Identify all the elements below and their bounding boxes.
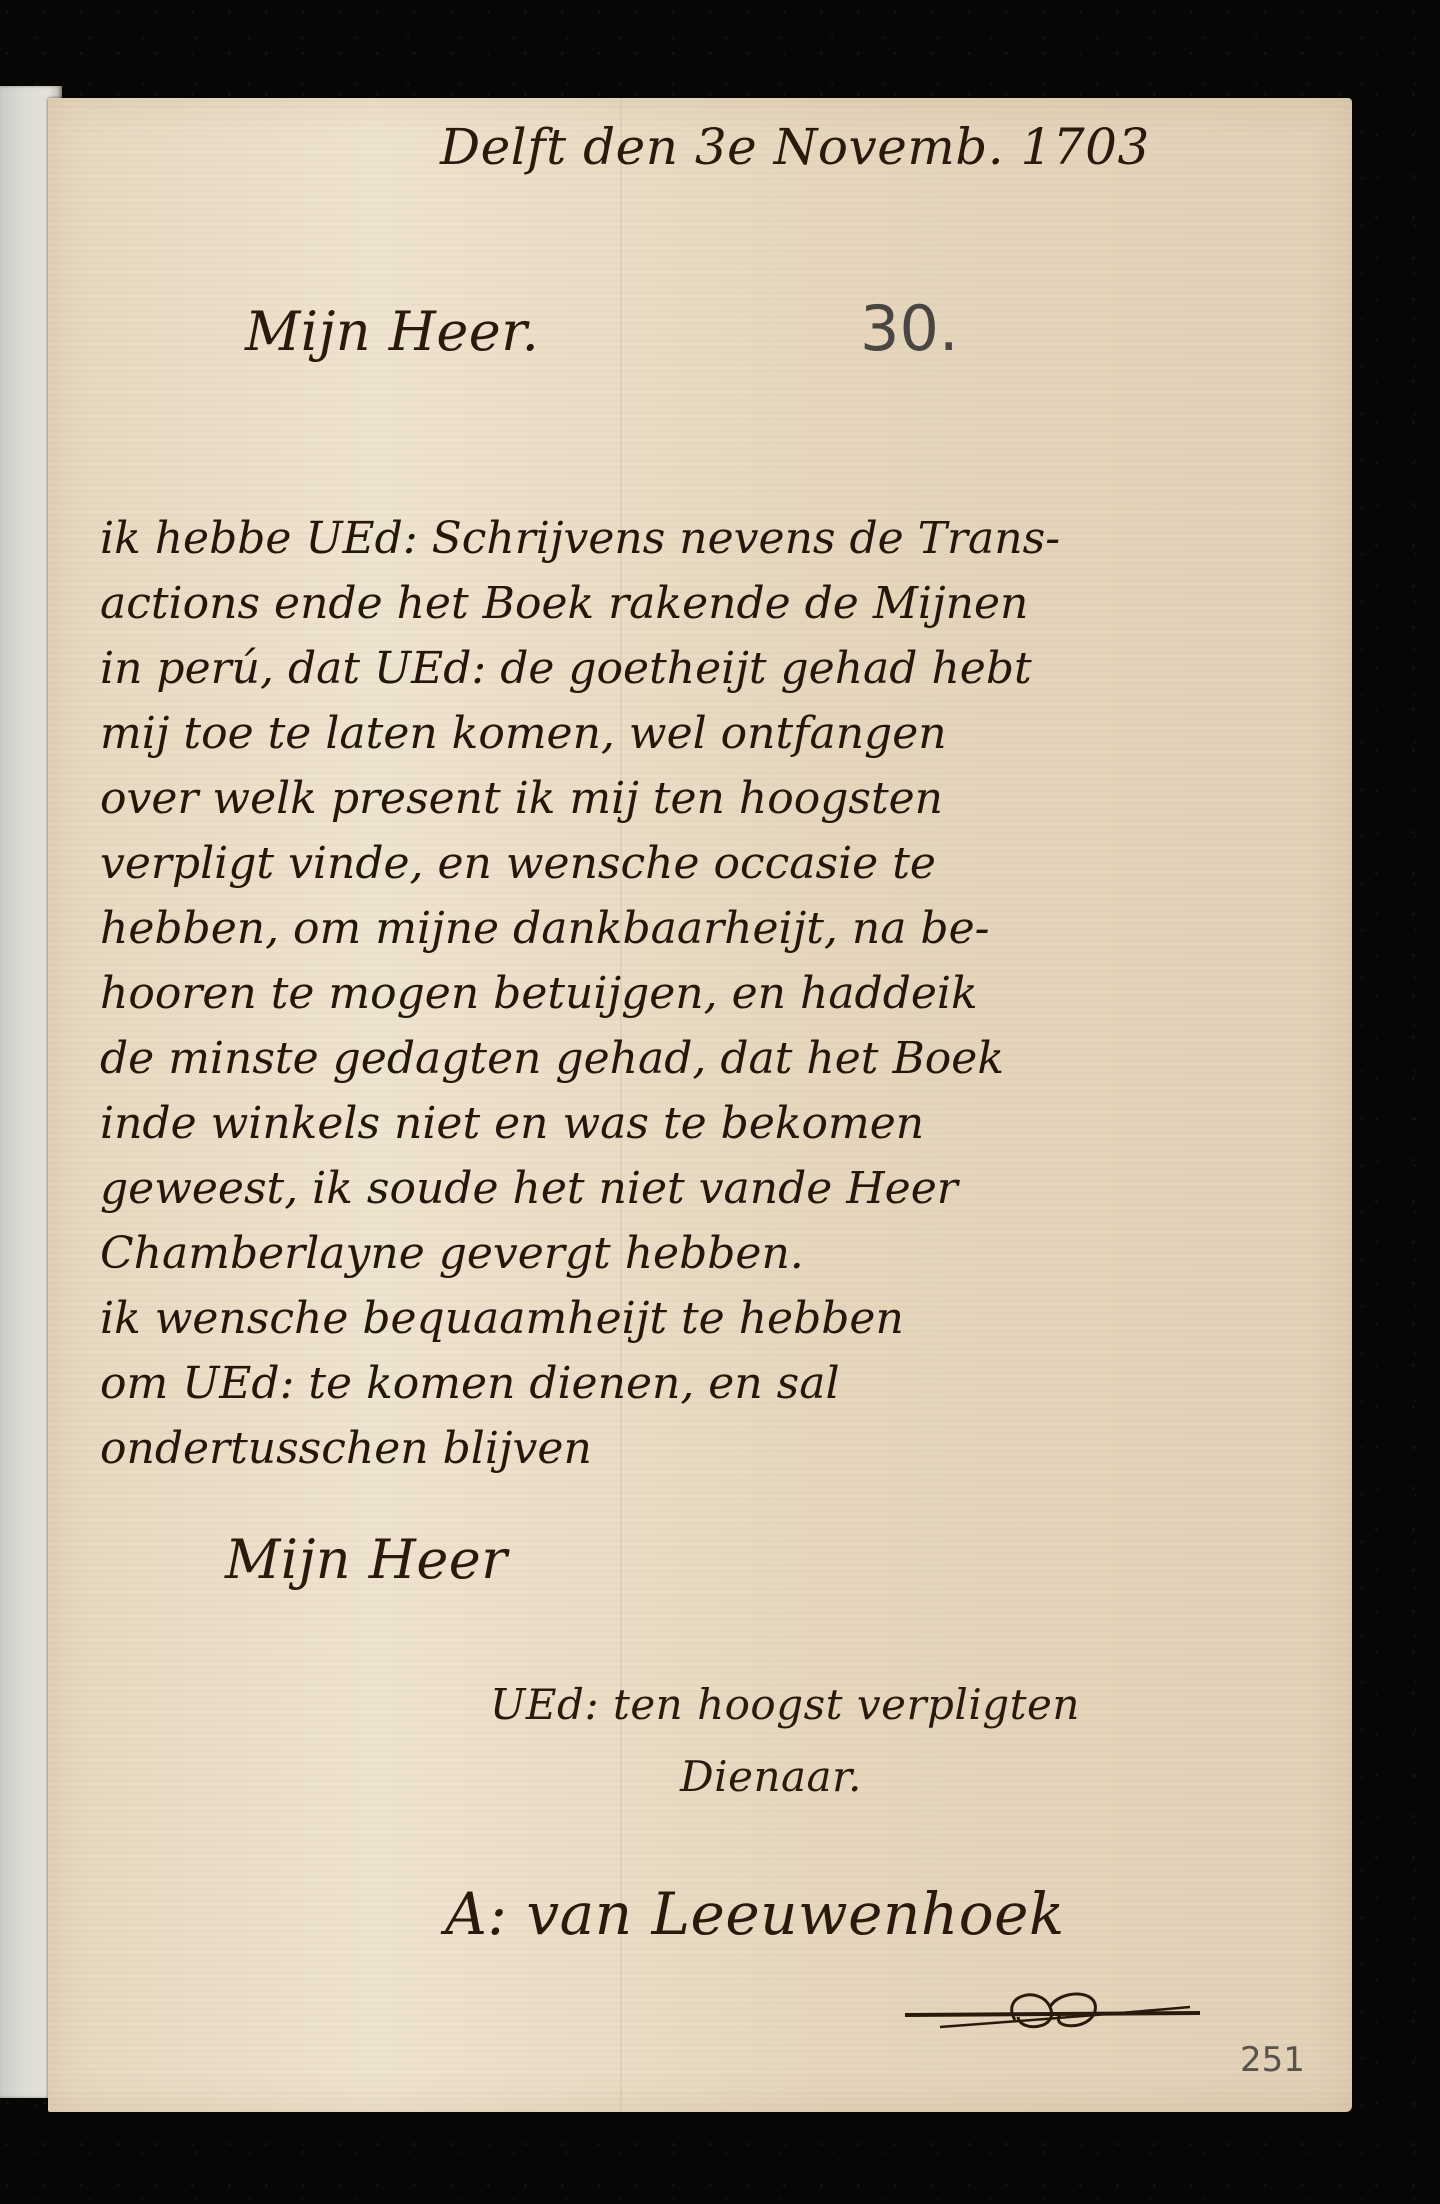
folio-number: 251 — [1240, 2040, 1305, 2080]
body-line: hebben, om mijne dankbaarheijt, na be- — [100, 896, 1340, 961]
archive-number: 30. — [860, 292, 959, 365]
body-line: verpligt vinde, en wensche occasie te — [100, 831, 1340, 896]
body-line: de minste gedagten gehad, dat het Boek — [100, 1026, 1340, 1091]
signature-flourish-icon — [900, 1985, 1210, 2035]
body-line: over welk present ik mij ten hoogsten — [100, 766, 1340, 831]
body-line: in perú, dat UEd: de goetheijt gehad heb… — [100, 636, 1340, 701]
body-line: ik wensche bequaamheijt te hebben — [100, 1286, 1340, 1351]
complimentary-close-line-1: UEd: ten hoogst verpligten — [490, 1680, 1080, 1729]
complimentary-close-line-2: Dienaar. — [680, 1752, 862, 1801]
signature: A: van Leeuwenhoek — [445, 1880, 1065, 1948]
dateline: Delft den 3e Novemb. 1703 — [440, 118, 1150, 176]
body-line: Chamberlayne gevergt hebben. — [100, 1221, 1340, 1286]
body-line: ondertusschen blijven — [100, 1416, 1340, 1481]
body-line: inde winkels niet en was te bekomen — [100, 1091, 1340, 1156]
letter-body: ik hebbe UEd: Schrijvens nevens de Trans… — [100, 506, 1340, 1481]
body-line: om UEd: te komen dienen, en sal — [100, 1351, 1340, 1416]
salutation: Mijn Heer. — [245, 300, 539, 363]
body-line: ik hebbe UEd: Schrijvens nevens de Trans… — [100, 506, 1340, 571]
body-line: geweest, ik soude het niet vande Heer — [100, 1156, 1340, 1221]
body-line: mij toe te laten komen, wel ontfangen — [100, 701, 1340, 766]
body-line: hooren te mogen betuijgen, en haddeik — [100, 961, 1340, 1026]
closing-salutation: Mijn Heer — [225, 1528, 508, 1591]
body-line: actions ende het Boek rakende de Mijnen — [100, 571, 1340, 636]
